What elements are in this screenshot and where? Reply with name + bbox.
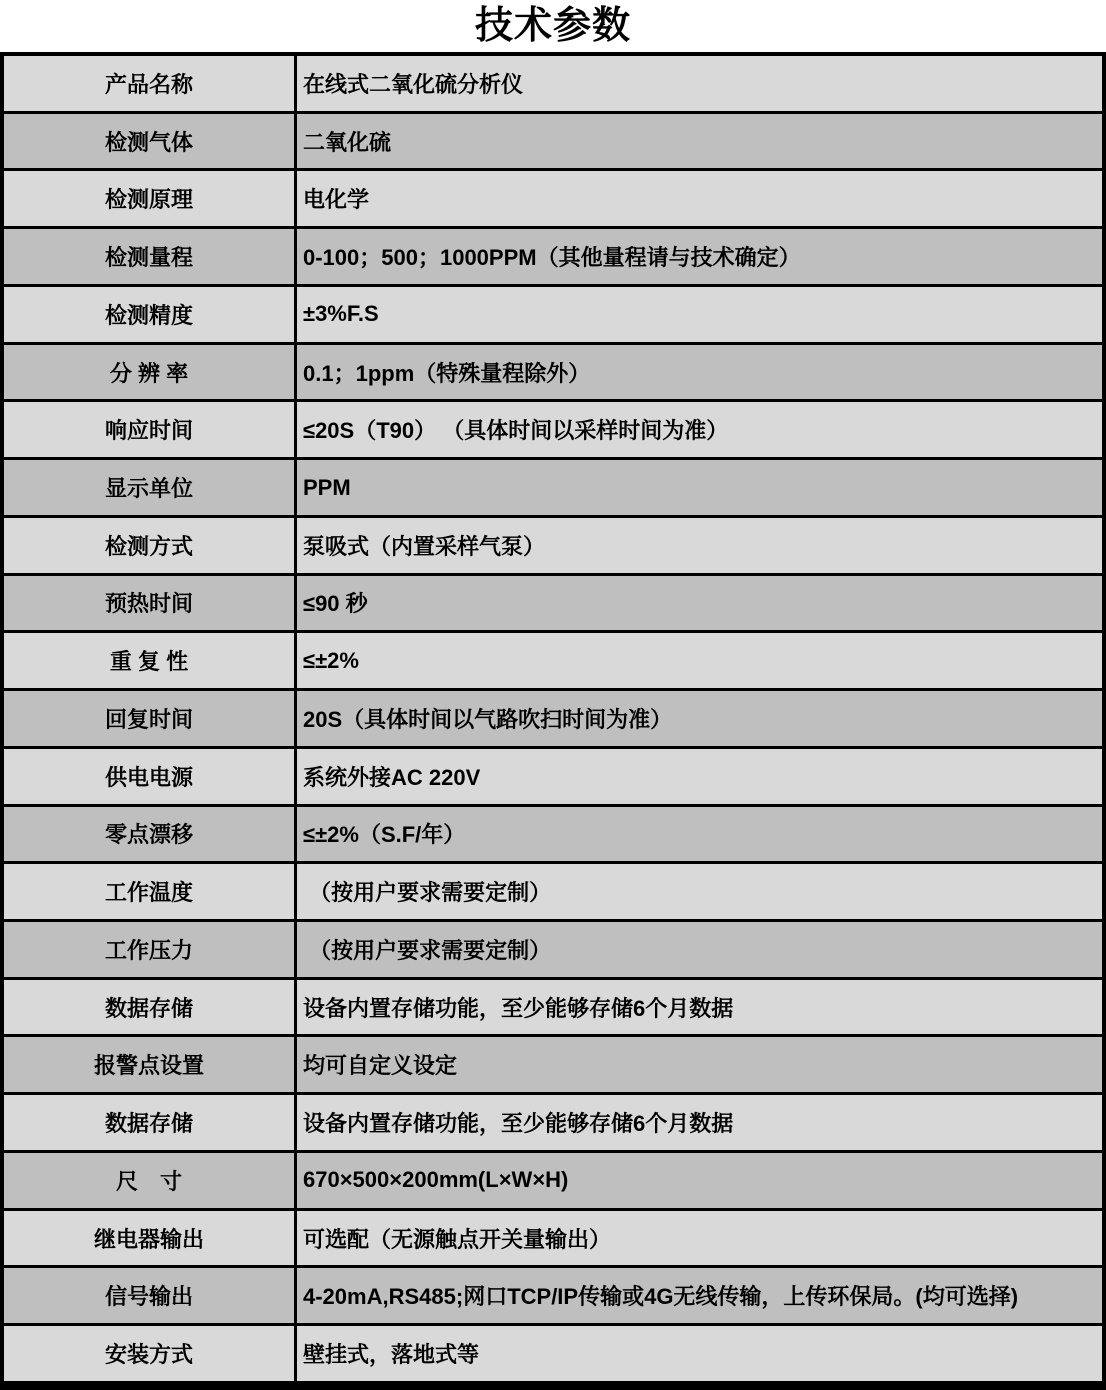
param-name-cell: 数据存储 — [3, 1094, 296, 1152]
param-value-cell: 可选配（无源触点开关量输出） — [296, 1209, 1104, 1267]
param-name-cell: 数据存储 — [3, 978, 296, 1036]
param-value-cell: 在线式二氧化硫分析仪 — [296, 55, 1104, 113]
param-name-cell: 工作压力 — [3, 921, 296, 979]
table-row: 零点漂移≤±2%（S.F/年） — [3, 805, 1104, 863]
param-value-cell: （按用户要求需要定制） — [296, 863, 1104, 921]
spec-table-grid: 产品名称在线式二氧化硫分析仪检测气体二氧化硫检测原理电化学检测量程0-100；5… — [1, 53, 1105, 1384]
table-row: 检测气体二氧化硫 — [3, 112, 1104, 170]
table-row: 尺 寸670×500×200mm(L×W×H) — [3, 1151, 1104, 1209]
param-name-cell: 显示单位 — [3, 459, 296, 517]
param-name-cell: 继电器输出 — [3, 1209, 296, 1267]
table-row: 重 复 性≤±2% — [3, 632, 1104, 690]
page-title: 技术参数 — [0, 0, 1106, 52]
param-value-cell: 系统外接AC 220V — [296, 747, 1104, 805]
table-row: 分 辨 率0.1；1ppm（特殊量程除外） — [3, 343, 1104, 401]
param-value-cell: 电化学 — [296, 170, 1104, 228]
table-row: 数据存储设备内置存储功能，至少能够存储6个月数据 — [3, 1094, 1104, 1152]
table-row: 安装方式壁挂式，落地式等 — [3, 1325, 1104, 1383]
param-name-cell: 报警点设置 — [3, 1036, 296, 1094]
table-row: 工作压力 （按用户要求需要定制） — [3, 921, 1104, 979]
table-row: 检测精度±3%F.S — [3, 285, 1104, 343]
param-value-cell: ±3%F.S — [296, 285, 1104, 343]
param-value-cell: 均可自定义设定 — [296, 1036, 1104, 1094]
param-name-cell: 检测量程 — [3, 228, 296, 286]
table-row: 响应时间≤20S（T90） （具体时间以采样时间为准） — [3, 401, 1104, 459]
param-name-cell: 零点漂移 — [3, 805, 296, 863]
table-row: 信号输出4-20mA,RS485;网口TCP/IP传输或4G无线传输，上传环保局… — [3, 1267, 1104, 1325]
param-name-cell: 尺 寸 — [3, 1151, 296, 1209]
param-name-cell: 响应时间 — [3, 401, 296, 459]
param-name-cell: 重 复 性 — [3, 632, 296, 690]
param-value-cell: 设备内置存储功能，至少能够存储6个月数据 — [296, 1094, 1104, 1152]
param-value-cell: 二氧化硫 — [296, 112, 1104, 170]
param-value-cell: 20S（具体时间以气路吹扫时间为准） — [296, 690, 1104, 748]
param-value-cell: （按用户要求需要定制） — [296, 921, 1104, 979]
param-value-cell: ≤20S（T90） （具体时间以采样时间为准） — [296, 401, 1104, 459]
table-row: 继电器输出可选配（无源触点开关量输出） — [3, 1209, 1104, 1267]
param-value-cell: ≤±2%（S.F/年） — [296, 805, 1104, 863]
param-name-cell: 安装方式 — [3, 1325, 296, 1383]
table-row: 工作温度 （按用户要求需要定制） — [3, 863, 1104, 921]
param-name-cell: 检测方式 — [3, 516, 296, 574]
table-row: 供电电源系统外接AC 220V — [3, 747, 1104, 805]
param-value-cell: 0-100；500；1000PPM（其他量程请与技术确定） — [296, 228, 1104, 286]
param-value-cell: 0.1；1ppm（特殊量程除外） — [296, 343, 1104, 401]
spec-table-body: 产品名称在线式二氧化硫分析仪检测气体二氧化硫检测原理电化学检测量程0-100；5… — [3, 55, 1104, 1383]
spec-sheet-page: 技术参数 产品名称在线式二氧化硫分析仪检测气体二氧化硫检测原理电化学检测量程0-… — [0, 0, 1106, 1390]
table-row: 检测原理电化学 — [3, 170, 1104, 228]
table-row: 检测方式泵吸式（内置采样气泵） — [3, 516, 1104, 574]
param-value-cell: 670×500×200mm(L×W×H) — [296, 1151, 1104, 1209]
table-row: 产品名称在线式二氧化硫分析仪 — [3, 55, 1104, 113]
param-name-cell: 回复时间 — [3, 690, 296, 748]
spec-table: 产品名称在线式二氧化硫分析仪检测气体二氧化硫检测原理电化学检测量程0-100；5… — [0, 52, 1106, 1390]
param-value-cell: 泵吸式（内置采样气泵） — [296, 516, 1104, 574]
param-name-cell: 产品名称 — [3, 55, 296, 113]
param-name-cell: 预热时间 — [3, 574, 296, 632]
table-row: 回复时间20S（具体时间以气路吹扫时间为准） — [3, 690, 1104, 748]
param-value-cell: ≤90 秒 — [296, 574, 1104, 632]
table-row: 报警点设置均可自定义设定 — [3, 1036, 1104, 1094]
param-value-cell: PPM — [296, 459, 1104, 517]
param-name-cell: 信号输出 — [3, 1267, 296, 1325]
param-name-cell: 供电电源 — [3, 747, 296, 805]
table-row: 检测量程0-100；500；1000PPM（其他量程请与技术确定） — [3, 228, 1104, 286]
table-row: 显示单位PPM — [3, 459, 1104, 517]
param-name-cell: 工作温度 — [3, 863, 296, 921]
table-row: 预热时间≤90 秒 — [3, 574, 1104, 632]
param-value-cell: 设备内置存储功能，至少能够存储6个月数据 — [296, 978, 1104, 1036]
param-value-cell: 壁挂式，落地式等 — [296, 1325, 1104, 1383]
param-name-cell: 检测原理 — [3, 170, 296, 228]
param-name-cell: 检测气体 — [3, 112, 296, 170]
param-value-cell: ≤±2% — [296, 632, 1104, 690]
param-name-cell: 检测精度 — [3, 285, 296, 343]
table-row: 数据存储设备内置存储功能，至少能够存储6个月数据 — [3, 978, 1104, 1036]
param-value-cell: 4-20mA,RS485;网口TCP/IP传输或4G无线传输，上传环保局。(均可… — [296, 1267, 1104, 1325]
param-name-cell: 分 辨 率 — [3, 343, 296, 401]
